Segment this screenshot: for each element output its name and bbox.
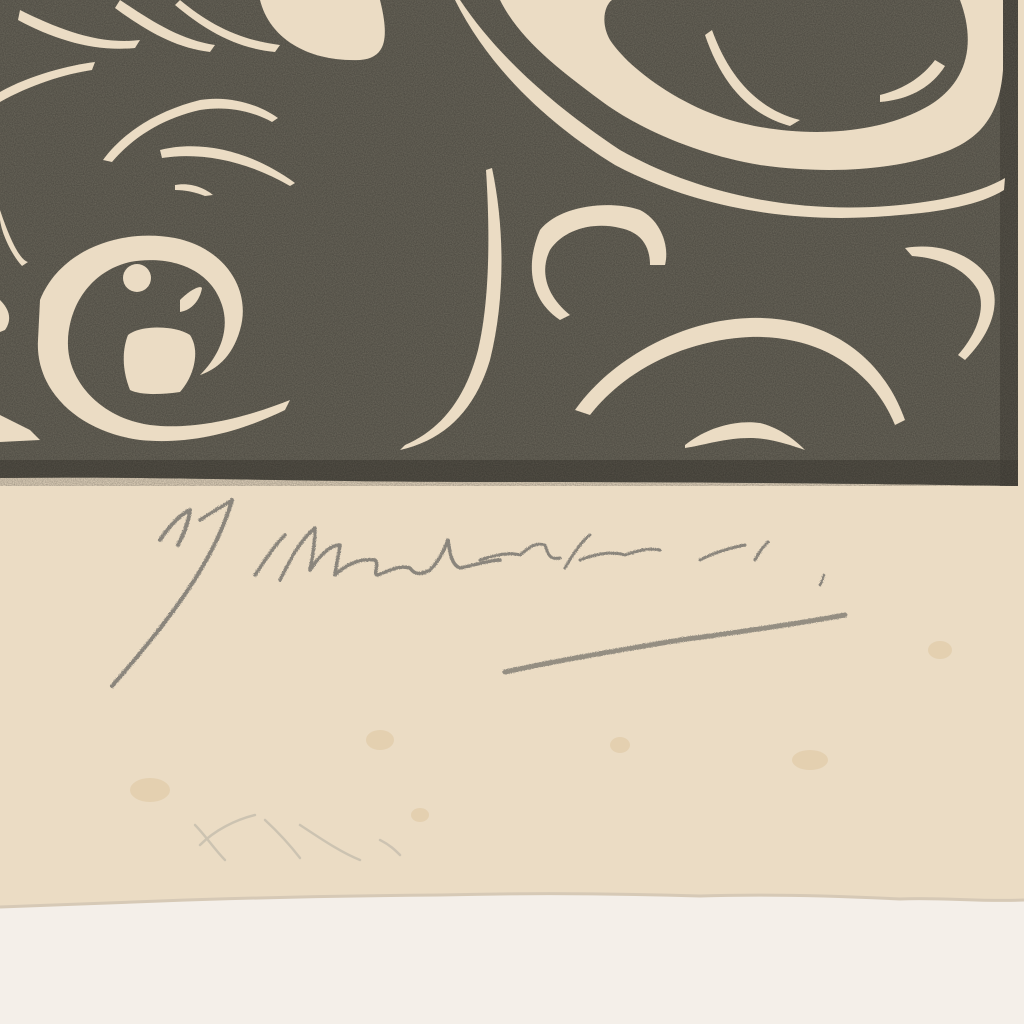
woodcut-block bbox=[0, 0, 1018, 486]
woodcut-print-photo bbox=[0, 0, 1024, 1024]
